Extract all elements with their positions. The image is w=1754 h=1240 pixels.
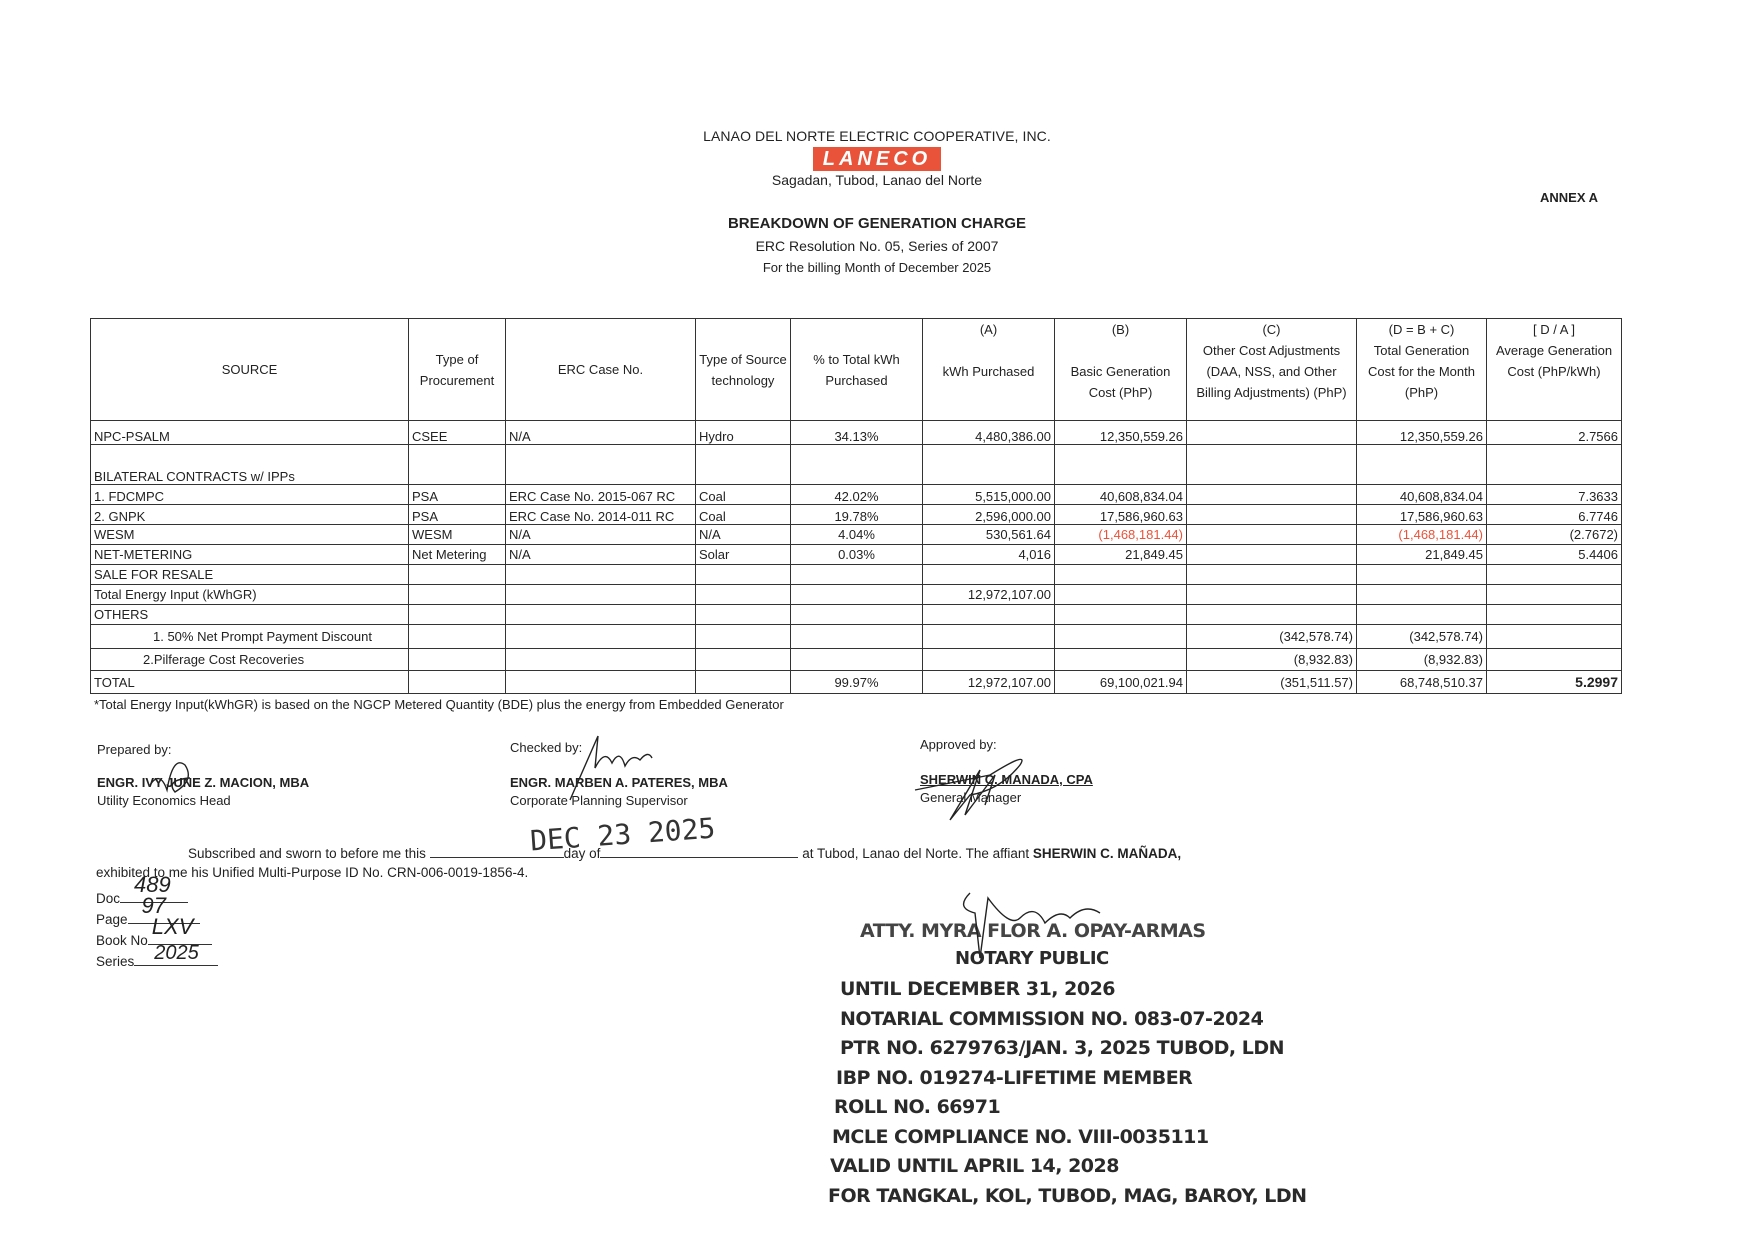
cell-erc-case [506,605,696,625]
cell-other-adj [1187,505,1357,525]
column-header: (A) kWh Purchased [923,319,1055,421]
cell-technology: Coal [696,485,791,505]
cell-total-cost: 40,608,834.04 [1357,485,1487,505]
table-row: OTHERS [91,605,1622,625]
resolution-subtitle: ERC Resolution No. 05, Series of 2007 [0,238,1754,254]
cell-procurement: Net Metering [409,545,506,565]
cell-technology [696,605,791,625]
column-header: Type of Source technology [696,319,791,421]
notarial-register: Doc489 Page97 Book NoLXV Series2025 [96,888,218,972]
table-row: BILATERAL CONTRACTS w/ IPPs [91,445,1622,485]
notary-detail-line: FOR TANGKAL, KOL, TUBOD, MAG, BAROY, LDN [828,1182,1307,1212]
column-label: ERC Case No. [558,362,643,377]
cell-kwh [923,625,1055,649]
cell-procurement: WESM [409,525,506,545]
table-row: Total Energy Input (kWhGR)12,972,107.00 [91,585,1622,605]
column-label: % to Total kWh Purchased [813,352,899,388]
cell-erc-case: N/A [506,525,696,545]
generation-charge-table: SOURCEType of ProcurementERC Case No.Typ… [90,318,1622,694]
cell-other-adj [1187,525,1357,545]
cell-avg-cost: 5.4406 [1487,545,1622,565]
prepared-signature-icon [145,750,205,800]
cell-other-adj: (351,511.57) [1187,671,1357,694]
column-tag: (B) [1058,319,1183,340]
column-label: Type of Source technology [699,352,786,388]
document-title: BREAKDOWN OF GENERATION CHARGE [0,215,1754,232]
cell-kwh: 12,972,107.00 [923,585,1055,605]
cell-source: OTHERS [91,605,409,625]
cell-kwh: 4,016 [923,545,1055,565]
column-header: SOURCE [91,319,409,421]
table-row: WESMWESMN/AN/A4.04%530,561.64(1,468,181.… [91,525,1622,545]
column-tag: (D = B + C) [1360,319,1483,340]
notary-detail-line: VALID UNTIL APRIL 14, 2028 [830,1152,1307,1182]
cell-erc-case: N/A [506,545,696,565]
cell-other-adj [1187,545,1357,565]
cell-source: 1. FDCMPC [91,485,409,505]
table-row: NET-METERINGNet MeteringN/ASolar0.03%4,0… [91,545,1622,565]
cell-technology [696,649,791,671]
cell-source: TOTAL [91,671,409,694]
column-header: ERC Case No. [506,319,696,421]
cell-pct [791,565,923,585]
cell-source: SALE FOR RESALE [91,565,409,585]
cell-erc-case [506,585,696,605]
cell-procurement [409,445,506,485]
cell-erc-case: N/A [506,421,696,445]
logo-container: LANECO [0,147,1754,171]
series-entry: Series2025 [96,951,218,972]
cell-erc-case: ERC Case No. 2014-011 RC [506,505,696,525]
cell-technology [696,565,791,585]
cell-pct [791,585,923,605]
cell-pct: 34.13% [791,421,923,445]
cell-technology [696,625,791,649]
cell-avg-cost: 7.3633 [1487,485,1622,505]
cell-source: Total Energy Input (kWhGR) [91,585,409,605]
cell-procurement [409,565,506,585]
cell-avg-cost: (2.7672) [1487,525,1622,545]
column-header: % to Total kWh Purchased [791,319,923,421]
cell-avg-cost: 5.2997 [1487,671,1622,694]
column-tag: [ D / A ] [1490,319,1618,340]
cell-basic-cost: 40,608,834.04 [1055,485,1187,505]
cell-other-adj: (342,578.74) [1187,625,1357,649]
book-number: LXV [152,916,194,937]
page-number: 97 [142,895,166,916]
cell-technology: Coal [696,505,791,525]
cell-basic-cost [1055,649,1187,671]
cell-pct [791,649,923,671]
doc-number: 489 [134,874,171,895]
cell-technology: Hydro [696,421,791,445]
column-label: Total Generation Cost for the Month (PhP… [1368,343,1475,400]
cell-avg-cost [1487,445,1622,485]
notary-detail-line: ROLL NO. 66971 [834,1093,1307,1123]
notary-detail-line: PTR NO. 6279763/JAN. 3, 2025 TUBOD, LDN [840,1034,1307,1064]
cell-procurement: PSA [409,505,506,525]
company-name: LANAO DEL NORTE ELECTRIC COOPERATIVE, IN… [0,128,1754,144]
cell-kwh [923,565,1055,585]
annex-label: ANNEX A [1540,190,1598,205]
cell-pct: 4.04% [791,525,923,545]
notary-detail-line: MCLE COMPLIANCE NO. VIII-0035111 [832,1123,1307,1153]
column-header: (C)Other Cost Adjustments (DAA, NSS, and… [1187,319,1357,421]
table-row: 2. GNPKPSAERC Case No. 2014-011 RCCoal19… [91,505,1622,525]
affiant-name: SHERWIN C. MAÑADA, [1033,846,1181,861]
cell-technology [696,445,791,485]
cell-total-cost: 21,849.45 [1357,545,1487,565]
cell-procurement: CSEE [409,421,506,445]
cell-kwh: 2,596,000.00 [923,505,1055,525]
column-tag: (C) [1190,319,1353,340]
cell-basic-cost [1055,565,1187,585]
oath-suffix: at Tubod, Lanao del Norte. The affiant [802,846,1029,861]
cell-erc-case [506,625,696,649]
cell-erc-case [506,565,696,585]
cell-avg-cost: 6.7746 [1487,505,1622,525]
cell-basic-cost: 12,350,559.26 [1055,421,1187,445]
cell-erc-case [506,671,696,694]
cell-basic-cost: 69,100,021.94 [1055,671,1187,694]
column-header: Type of Procurement [409,319,506,421]
cell-kwh: 530,561.64 [923,525,1055,545]
cell-procurement [409,605,506,625]
cell-other-adj [1187,485,1357,505]
cell-technology [696,585,791,605]
cell-other-adj [1187,421,1357,445]
column-label: Type of Procurement [420,352,494,388]
cell-technology [696,671,791,694]
cell-avg-cost [1487,585,1622,605]
cell-kwh [923,445,1055,485]
table-row: NPC-PSALMCSEEN/AHydro34.13%4,480,386.001… [91,421,1622,445]
checked-signature-icon [560,728,660,803]
table-row: 1. 50% Net Prompt Payment Discount(342,5… [91,625,1622,649]
cell-source: 2. GNPK [91,505,409,525]
cell-kwh [923,649,1055,671]
column-label: Basic Generation Cost (PhP) [1071,364,1171,400]
cell-procurement: PSA [409,485,506,505]
cell-kwh [923,605,1055,625]
notary-detail-line: NOTARIAL COMMISSION NO. 083-07-2024 [840,1005,1307,1035]
billing-month: For the billing Month of December 2025 [0,260,1754,275]
company-address: Sagadan, Tubod, Lanao del Norte [0,172,1754,188]
cell-technology: N/A [696,525,791,545]
cell-avg-cost [1487,565,1622,585]
approved-signature-icon [910,745,1040,825]
cell-other-adj: (8,932.83) [1187,649,1357,671]
notary-detail-line: IBP NO. 019274-LIFETIME MEMBER [836,1064,1307,1094]
notary-title: NOTARY PUBLIC [955,948,1109,969]
cell-other-adj [1187,585,1357,605]
cell-erc-case [506,649,696,671]
cell-source: BILATERAL CONTRACTS w/ IPPs [91,445,409,485]
column-label: Average Generation Cost (PhP/kWh) [1496,343,1612,379]
cell-pct: 99.97% [791,671,923,694]
cell-source: 1. 50% Net Prompt Payment Discount [91,625,409,649]
notary-details: UNTIL DECEMBER 31, 2026NOTARIAL COMMISSI… [840,975,1307,1211]
cell-total-cost: 12,350,559.26 [1357,421,1487,445]
cell-basic-cost: 21,849.45 [1055,545,1187,565]
cell-pct: 19.78% [791,505,923,525]
column-header: (B) Basic Generation Cost (PhP) [1055,319,1187,421]
cell-source: NPC-PSALM [91,421,409,445]
cell-avg-cost [1487,649,1622,671]
cell-technology: Solar [696,545,791,565]
cell-basic-cost [1055,585,1187,605]
cell-other-adj [1187,445,1357,485]
cell-source: WESM [91,525,409,545]
cell-basic-cost: (1,468,181.44) [1055,525,1187,545]
cell-procurement [409,625,506,649]
cell-total-cost: 68,748,510.37 [1357,671,1487,694]
column-header: [ D / A ]Average Generation Cost (PhP/kW… [1487,319,1622,421]
column-header: (D = B + C)Total Generation Cost for the… [1357,319,1487,421]
cell-erc-case: ERC Case No. 2015-067 RC [506,485,696,505]
column-label: Other Cost Adjustments (DAA, NSS, and Ot… [1196,343,1346,400]
cell-basic-cost: 17,586,960.63 [1055,505,1187,525]
cell-other-adj [1187,605,1357,625]
cell-procurement [409,671,506,694]
footnote: *Total Energy Input(kWhGR) is based on t… [94,697,784,712]
cell-total-cost: (8,932.83) [1357,649,1487,671]
cell-total-cost [1357,605,1487,625]
cell-pct [791,605,923,625]
oath-prefix: Subscribed and sworn to before me this [188,846,426,861]
cell-procurement [409,649,506,671]
cell-total-cost: (1,468,181.44) [1357,525,1487,545]
table-body: NPC-PSALMCSEEN/AHydro34.13%4,480,386.001… [91,421,1622,694]
series-number: 2025 [154,943,199,964]
cell-basic-cost [1055,625,1187,649]
cell-total-cost [1357,445,1487,485]
cell-avg-cost [1487,605,1622,625]
table-row: 1. FDCMPCPSAERC Case No. 2015-067 RCCoal… [91,485,1622,505]
notary-detail-line: UNTIL DECEMBER 31, 2026 [840,975,1307,1005]
cell-total-cost: 17,586,960.63 [1357,505,1487,525]
cell-basic-cost [1055,605,1187,625]
cell-pct [791,625,923,649]
column-tag: (A) [926,319,1051,340]
cell-pct: 42.02% [791,485,923,505]
cell-kwh: 5,515,000.00 [923,485,1055,505]
cell-source: 2.Pilferage Cost Recoveries [91,649,409,671]
cell-avg-cost: 2.7566 [1487,421,1622,445]
table-row: TOTAL99.97%12,972,107.0069,100,021.94(35… [91,671,1622,694]
cell-other-adj [1187,565,1357,585]
cell-pct: 0.03% [791,545,923,565]
column-label: kWh Purchased [943,364,1035,379]
table-row: SALE FOR RESALE [91,565,1622,585]
table-header-row: SOURCEType of ProcurementERC Case No.Typ… [91,319,1622,421]
cell-erc-case [506,445,696,485]
column-label: SOURCE [222,362,278,377]
table-row: 2.Pilferage Cost Recoveries(8,932.83)(8,… [91,649,1622,671]
cell-pct [791,445,923,485]
cell-total-cost [1357,565,1487,585]
cell-total-cost [1357,585,1487,605]
cell-source: NET-METERING [91,545,409,565]
cell-procurement [409,585,506,605]
laneco-logo: LANECO [813,147,941,171]
cell-kwh: 4,480,386.00 [923,421,1055,445]
cell-kwh: 12,972,107.00 [923,671,1055,694]
cell-avg-cost [1487,625,1622,649]
cell-basic-cost [1055,445,1187,485]
cell-total-cost: (342,578.74) [1357,625,1487,649]
